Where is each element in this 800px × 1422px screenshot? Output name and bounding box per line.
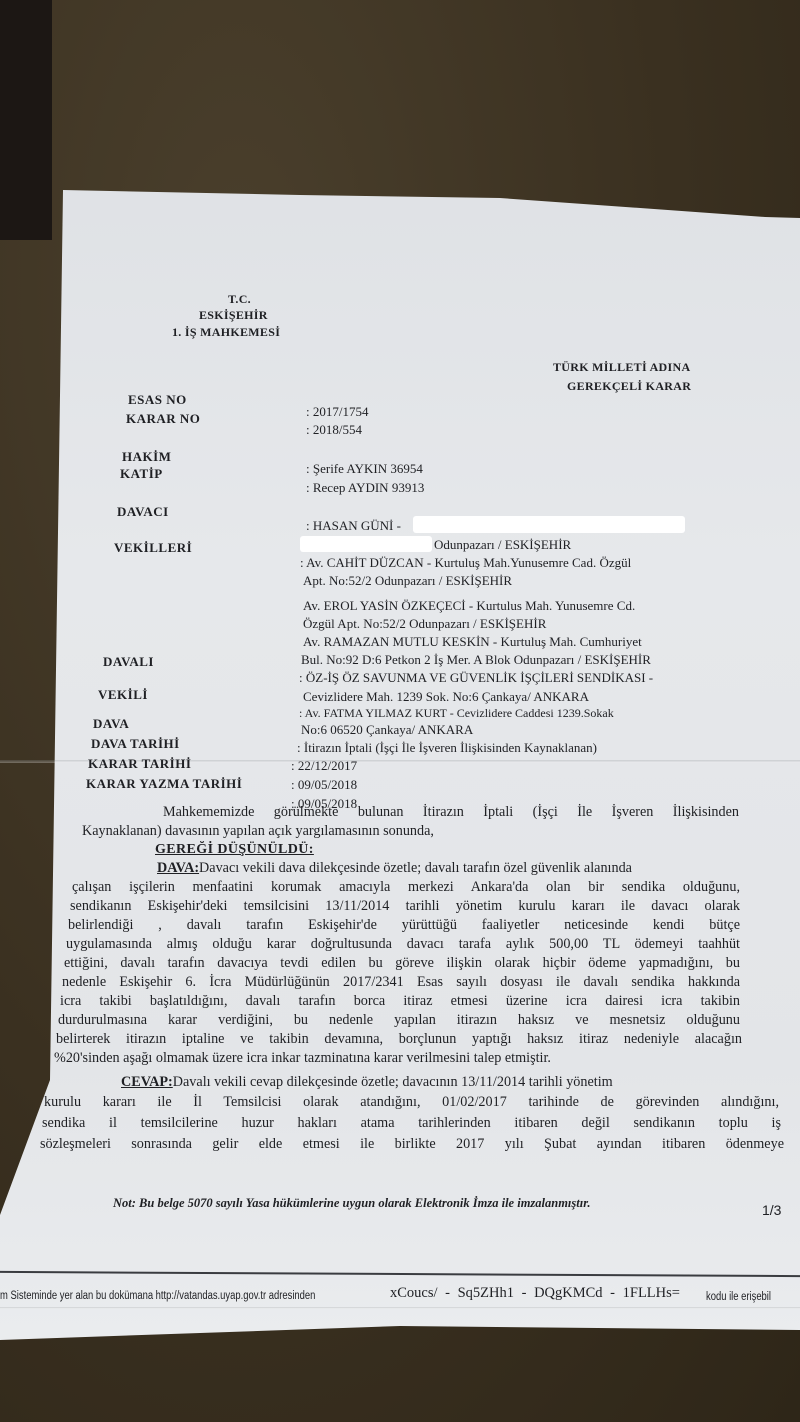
dava-line: nedenle Eskişehir 6. İcra Müdürlüğünün 2… xyxy=(62,975,740,989)
dava-line: sendikanın Eskişehir'deki temsilcisini 1… xyxy=(70,899,740,913)
dava-line: %20'sinden aşağı olmamak üzere icra inka… xyxy=(54,1051,551,1065)
label-karar-tarihi: KARAR TARİHİ xyxy=(88,757,191,770)
cevap-line: kurulu kararı ile İl Temsilcisi olarak a… xyxy=(44,1095,779,1109)
dava-line: çalışan işçilerin menfaatini korumak ama… xyxy=(72,880,740,894)
vekili-line: No:6 06520 Çankaya/ ANKARA xyxy=(301,723,473,736)
dava-tarihi: : 22/12/2017 xyxy=(291,759,357,772)
cevap-line: sendika il temsilcilerine huzur hakları … xyxy=(42,1116,781,1130)
davaci: : HASAN GÜNİ - xyxy=(306,519,401,532)
davali-line: Cevizlidere Mah. 1239 Sok. No:6 Çankaya/… xyxy=(303,690,589,703)
label-karar-yazma-tarihi: KARAR YAZMA TARİHİ xyxy=(86,777,242,790)
intro-line: Mahkememizde görülmekte bulunan İtirazın… xyxy=(163,805,739,819)
label-dava: DAVA xyxy=(93,717,129,730)
davaci-address: Odunpazarı / ESKİŞEHİR xyxy=(434,538,571,551)
footer-verification: m Sisteminde yer alan bu dokümana http:/… xyxy=(0,1288,385,1303)
label-katip: KATİP xyxy=(120,467,163,480)
hakim: : Şerife AYKIN 36954 xyxy=(306,462,423,475)
header-decision-type: GEREKÇELİ KARAR xyxy=(567,380,691,392)
header-city: ESKİŞEHİR xyxy=(199,309,268,321)
verification-code: xCoucs/ - Sq5ZHh1 - DQgKMCd - 1FLLHs= xyxy=(390,1286,680,1301)
intro-line: Kaynaklanan) davasının yapılan açık yarg… xyxy=(82,824,434,838)
dava-line: durdurulmasına karar verdiğini, bu neden… xyxy=(58,1013,740,1027)
section-heading: GEREĞİ DÜŞÜNÜLDÜ: xyxy=(155,843,314,857)
dava-line: belirlendiği , davalı tarafın Eskişehir'… xyxy=(68,918,740,932)
label-dava-tarihi: DAVA TARİHİ xyxy=(91,737,180,750)
footer-suffix: kodu ile erişebil xyxy=(706,1289,785,1304)
vekil-line: Av. RAMAZAN MUTLU KESKİN - Kurtuluş Mah.… xyxy=(303,635,642,648)
label-karar-no: KARAR NO xyxy=(126,412,200,425)
karar-tarihi: : 09/05/2018 xyxy=(291,778,357,791)
dava: : İtirazın İptali (İşçi İle İşveren İliş… xyxy=(297,741,597,754)
e-signature-note: Not: Bu belge 5070 sayılı Yasa hükümleri… xyxy=(113,1197,591,1210)
vekil-line: Bul. No:92 D:6 Petkon 2 İş Mer. A Blok O… xyxy=(301,653,651,666)
cevap-first-line: CEVAP:Davalı vekili cevap dilekçesinde ö… xyxy=(121,1075,777,1089)
vekil-line: Apt. No:52/2 Odunpazarı / ESKİŞEHİR xyxy=(303,574,512,587)
label-vekilleri: VEKİLLERİ xyxy=(114,541,192,554)
dava-first-line: DAVA:Davacı vekili dava dilekçesinde öze… xyxy=(157,861,739,875)
karar-no: : 2018/554 xyxy=(306,423,362,436)
vekil-line: Av. EROL YASİN ÖZKEÇECİ - Kurtulus Mah. … xyxy=(303,599,635,612)
redaction-block xyxy=(413,516,685,533)
header-court: 1. İŞ MAHKEMESİ xyxy=(172,326,280,338)
dava-heading: DAVA: xyxy=(157,860,199,876)
dava-line: icra takibi başlatıldığını, davalı taraf… xyxy=(60,994,740,1008)
vekili-line: : Av. FATMA YILMAZ KURT - Cevizlidere Ca… xyxy=(299,707,614,719)
footer-text: m Sisteminde yer alan bu dokümana http:/… xyxy=(0,1291,315,1303)
header-tc: T.C. xyxy=(228,293,251,305)
dava-line: belirterek itirazın iptaline ve takibin … xyxy=(56,1032,742,1046)
label-davali: DAVALI xyxy=(103,655,154,668)
page-number: 1/3 xyxy=(762,1203,781,1217)
label-hakim: HAKİM xyxy=(122,450,171,463)
esas-no: : 2017/1754 xyxy=(306,405,368,418)
cevap-heading: CEVAP: xyxy=(121,1074,173,1090)
background-dark-corner xyxy=(0,0,52,240)
label-davaci: DAVACI xyxy=(117,505,169,518)
dava-line: uygulamasında almış olduğu karar doğrult… xyxy=(66,937,740,951)
vekil-line: Özgül Apt. No:52/2 Odunpazarı / ESKİŞEHİ… xyxy=(303,617,546,630)
paper-fold xyxy=(0,1307,800,1309)
redaction-block xyxy=(300,536,432,552)
dava-line: ettiğini, davalı tarafın davacıya tevdi … xyxy=(64,956,740,970)
header-nation: TÜRK MİLLETİ ADINA xyxy=(553,361,690,373)
katip: : Recep AYDIN 93913 xyxy=(306,481,424,494)
vekil-line: : Av. CAHİT DÜZCAN - Kurtuluş Mah.Yunuse… xyxy=(300,556,631,569)
label-esas-no: ESAS NO xyxy=(128,393,187,406)
davali-line: : ÖZ-İŞ ÖZ SAVUNMA VE GÜVENLİK İŞÇİLERİ … xyxy=(299,671,653,684)
label-vekili: VEKİLİ xyxy=(98,688,148,701)
cevap-line: sözleşmeleri sonrasında gelir elde etmes… xyxy=(40,1137,784,1151)
